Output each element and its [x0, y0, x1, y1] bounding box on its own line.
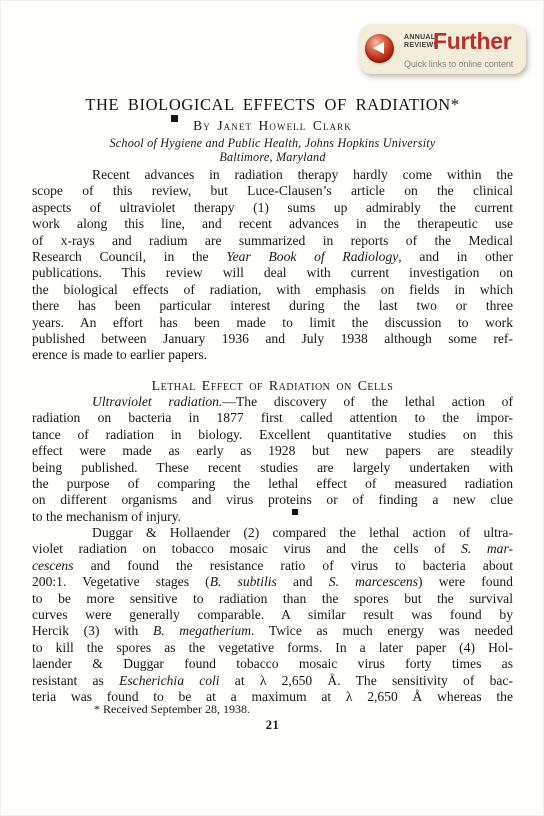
body-text-line: laender & Duggar found tobacco mosaic vi… [32, 656, 513, 672]
body-text-line: to the mechanism of injury. [32, 509, 513, 525]
paragraph-ultraviolet: Ultraviolet radiation.—The discovery of … [32, 394, 513, 525]
body-text-line: aspects of ultraviolet therapy (1) sums … [32, 200, 513, 216]
page-title: THE BIOLOGICAL EFFECTS OF RADIATION* [32, 95, 513, 115]
body-text-line: erence is made to earlier papers. [32, 347, 513, 363]
body-text-line: publications. This review will deal with… [32, 265, 513, 281]
scan-artifact-square [292, 509, 298, 515]
badge-subtitle: Quick links to online content [404, 59, 513, 69]
body-text-line: scope of this review, but Luce-Clausen’s… [32, 183, 513, 199]
further-label: Further [433, 28, 511, 55]
body-text-line: years. An effort has been made to limit … [32, 315, 513, 331]
paragraph-duggar: Duggar & Hollaender (2) compared the let… [32, 525, 513, 705]
body-text-line: Research Council, in the Year Book of Ra… [32, 249, 513, 265]
body-text-line: Duggar & Hollaender (2) compared the let… [32, 525, 513, 541]
body-text-line: Recent advances in radiation therapy har… [32, 167, 513, 183]
body-text-line: Ultraviolet radiation.—The discovery of … [32, 394, 513, 410]
body-text-line: being published. These recent studies ar… [32, 460, 513, 476]
body-text-line: to be more sensitive to radiation than t… [32, 591, 513, 607]
scanned-page: ANNUALREVIEWS Further Quick links to onl… [0, 0, 544, 816]
body-text-line: radiation on bacteria in 1877 first call… [32, 410, 513, 426]
body-text-line: cescens and found the resistance ratio o… [32, 558, 513, 574]
body-text-line: 200:1. Vegetative stages (B. subtilis an… [32, 574, 513, 590]
affiliation-line-2: Baltimore, Maryland [32, 150, 513, 165]
brand-line-top: ANNUAL [404, 34, 435, 41]
body-text-line: the purpose of comparing the lethal effe… [32, 476, 513, 492]
left-triangle-icon [373, 42, 384, 54]
paragraph-intro: Recent advances in radiation therapy har… [32, 167, 513, 364]
body-text-line: the biological effects of radiation, wit… [32, 282, 513, 298]
body-text-line: published between January 1936 and July … [32, 331, 513, 347]
affiliation-line-1: School of Hygiene and Public Health, Joh… [32, 136, 513, 151]
body-text-line: on different organisms and virus protein… [32, 492, 513, 508]
byline: By Janet Howell Clark [32, 118, 513, 134]
section-heading: Lethal Effect of Radiation on Cells [32, 378, 513, 394]
body-text-line: work along this line, and recent advance… [32, 216, 513, 232]
body-text-line: curves were generally comparable. A simi… [32, 607, 513, 623]
page-number: 21 [32, 718, 513, 733]
body-text-line: Hercik (3) with B. megatherium. Twice as… [32, 623, 513, 639]
body-text-line: effect were made as early as 1928 but ne… [32, 443, 513, 459]
body-text-line: resistant as Escherichia coli at λ 2,650… [32, 673, 513, 689]
footnote: * Received September 28, 1938. [32, 702, 513, 717]
body-text-line: of x-rays and radium are summarized in r… [32, 233, 513, 249]
body-text-line: to kill the spores as the vegetative for… [32, 640, 513, 656]
body-text-line: tance of radiation in biology. Excellent… [32, 427, 513, 443]
body-text-line: violet radiation on tobacco mosaic virus… [32, 541, 513, 557]
annual-reviews-badge[interactable]: ANNUALREVIEWS Further Quick links to onl… [359, 24, 526, 74]
back-arrow-circle-icon[interactable] [365, 34, 394, 63]
body-text-line: there has been particular interest durin… [32, 298, 513, 314]
